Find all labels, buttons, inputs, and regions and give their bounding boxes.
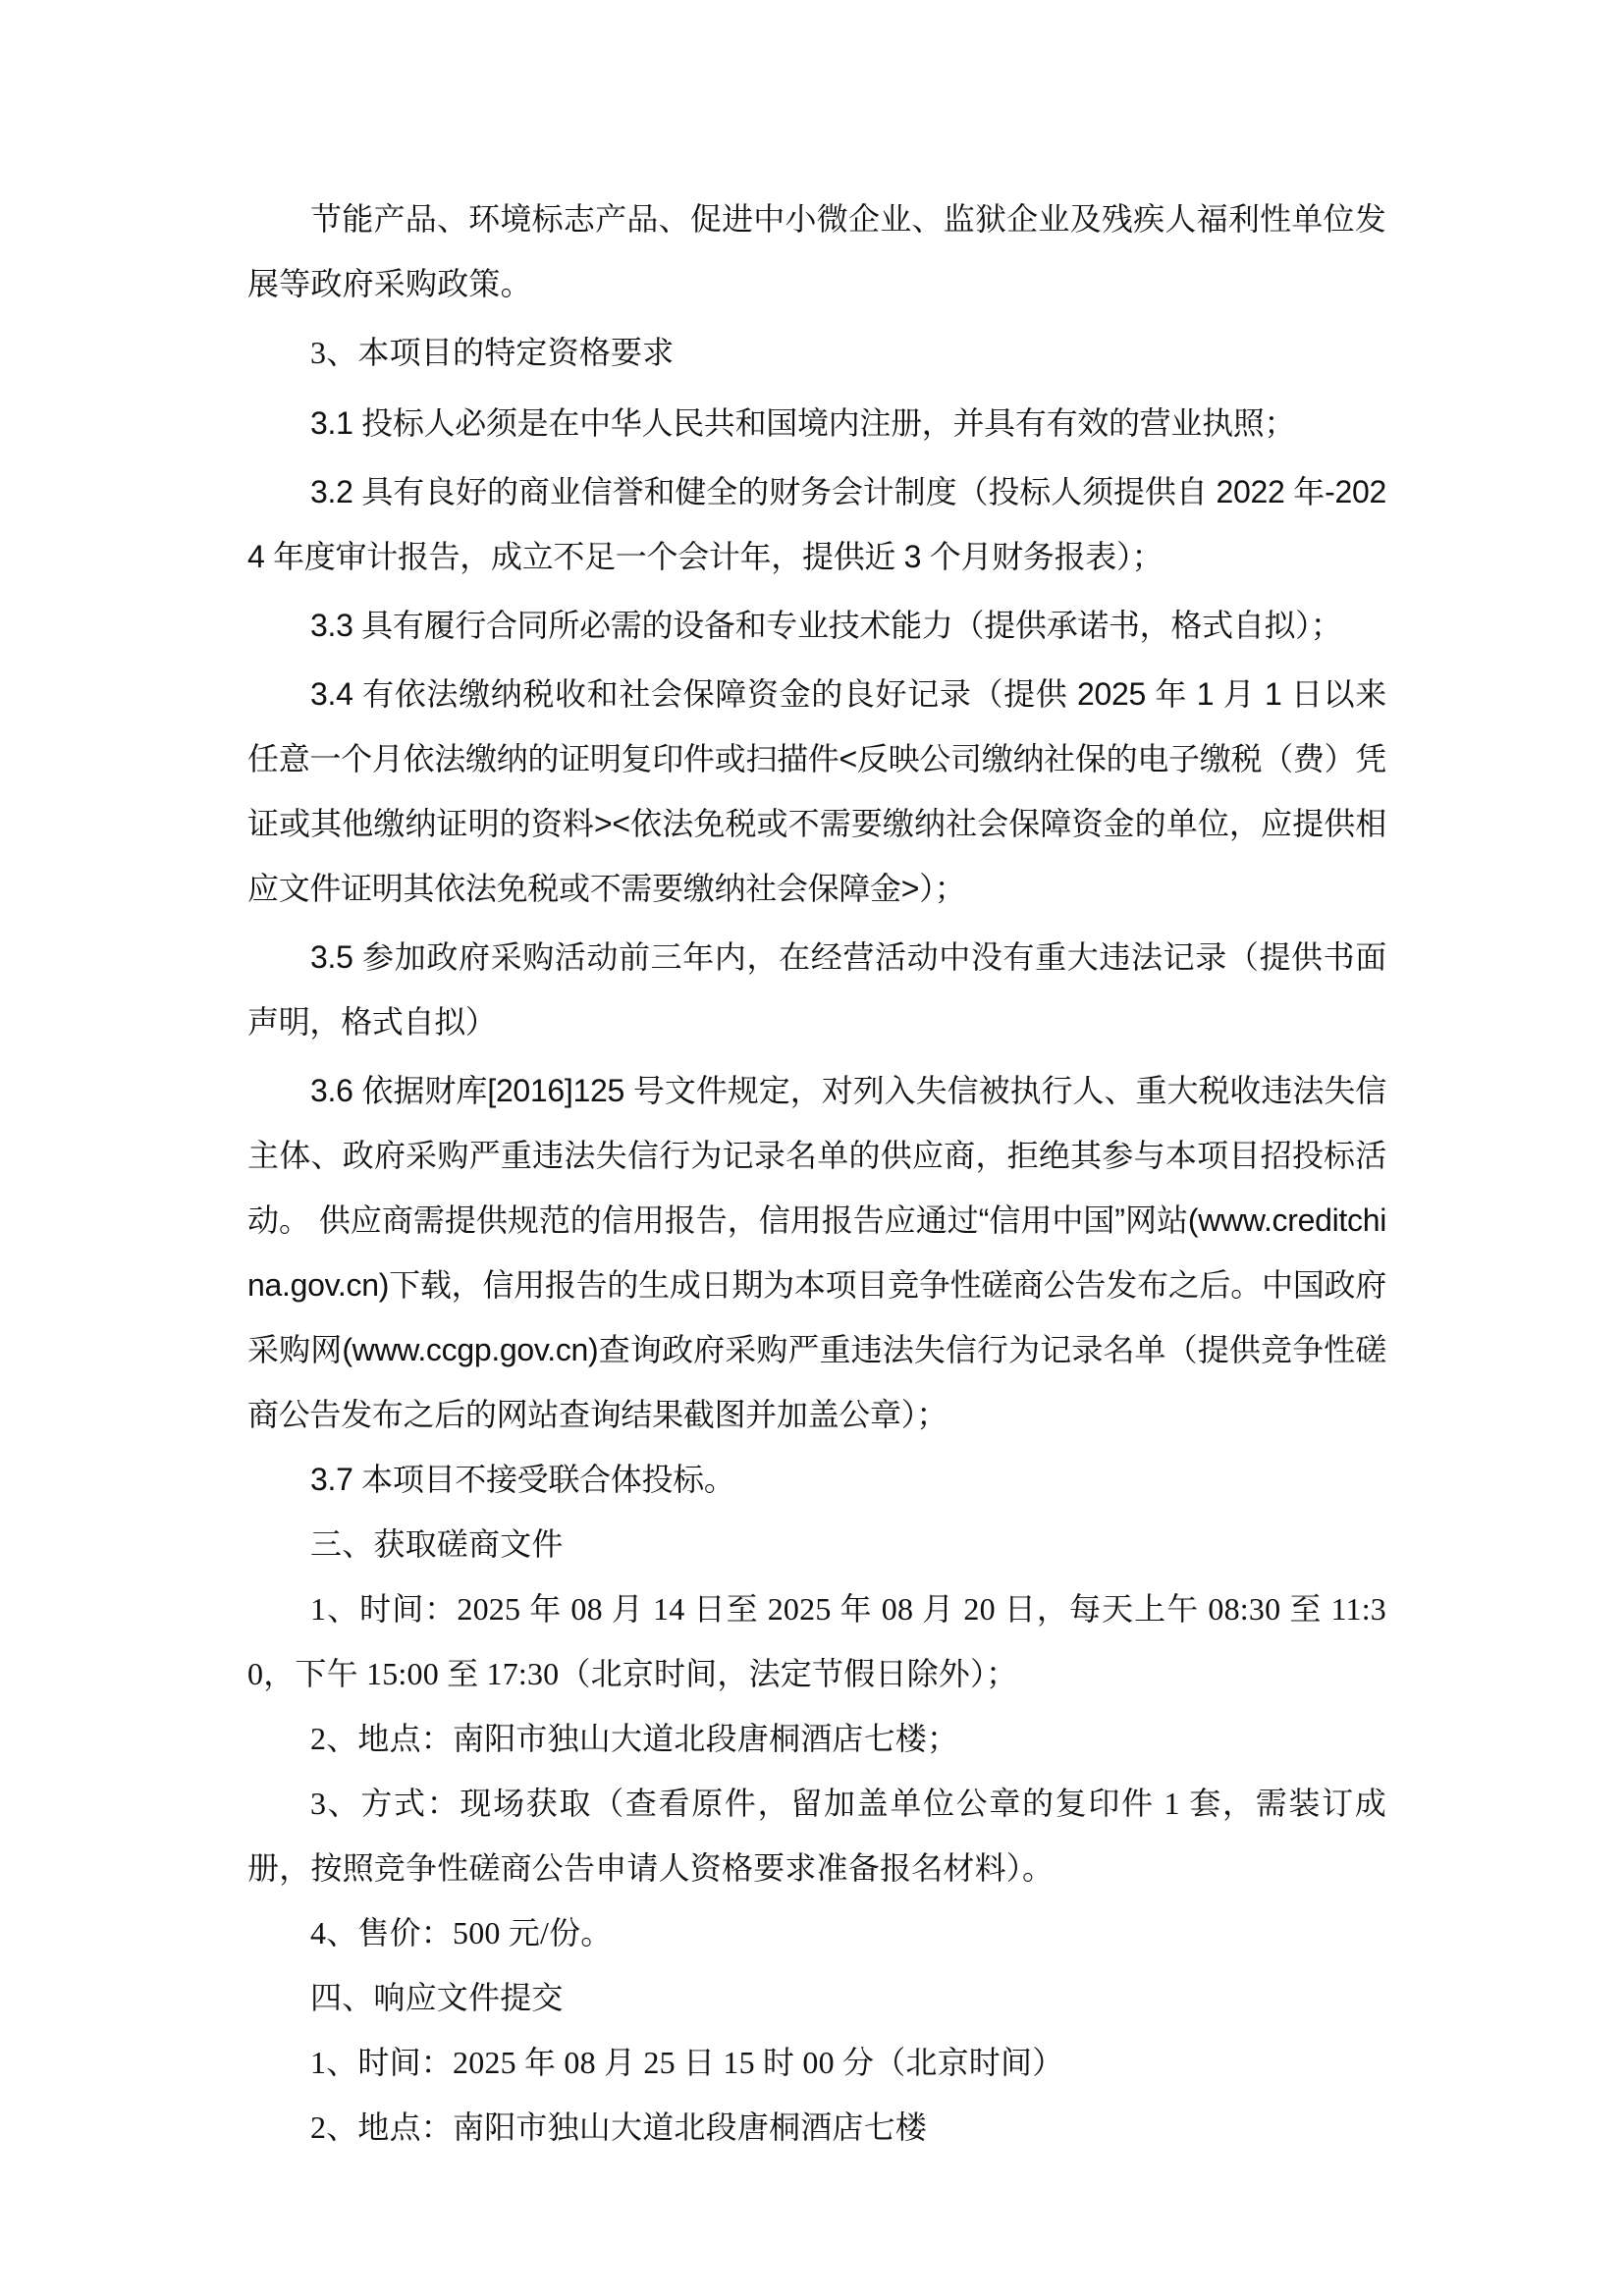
requirement-3-2: 3.2 具有良好的商业信誉和健全的财务会计制度（投标人须提供自 2022 年-2… bbox=[247, 459, 1386, 589]
submit-location-item: 2、地点：南阳市独山大道北段唐桐酒店七楼 bbox=[247, 2095, 1386, 2160]
obtain-time-item: 1、时间：2025 年 08 月 14 日至 2025 年 08 月 20 日，… bbox=[247, 1576, 1386, 1706]
requirement-3-6: 3.6 依据财库[2016]125 号文件规定，对列入失信被执行人、重大税收违法… bbox=[247, 1058, 1386, 1447]
intro-continuation-paragraph: 节能产品、环境标志产品、促进中小微企业、监狱企业及残疾人福利性单位发展等政府采购… bbox=[247, 187, 1386, 316]
obtain-location-item: 2、地点：南阳市独山大道北段唐桐酒店七楼； bbox=[247, 1706, 1386, 1771]
section-four-heading: 四、响应文件提交 bbox=[247, 1965, 1386, 2030]
requirement-3-1: 3.1 投标人必须是在中华人民共和国境内注册，并具有有效的营业执照； bbox=[247, 391, 1386, 455]
requirement-3-5: 3.5 参加政府采购活动前三年内，在经营活动中没有重大违法记录（提供书面声明，格… bbox=[247, 925, 1386, 1054]
submit-time-item: 1、时间：2025 年 08 月 25 日 15 时 00 分（北京时间） bbox=[247, 2030, 1386, 2095]
requirement-3-3: 3.3 具有履行合同所必需的设备和专业技术能力（提供承诺书，格式自拟）； bbox=[247, 593, 1386, 658]
section-3-heading: 3、本项目的特定资格要求 bbox=[247, 320, 1386, 385]
document-page: 节能产品、环境标志产品、促进中小微企业、监狱企业及残疾人福利性单位发展等政府采购… bbox=[247, 187, 1386, 2160]
section-three-heading: 三、获取磋商文件 bbox=[247, 1512, 1386, 1576]
obtain-method-item: 3、方式：现场获取（查看原件，留加盖单位公章的复印件 1 套，需装订成册，按照竞… bbox=[247, 1771, 1386, 1900]
requirement-3-7: 3.7 本项目不接受联合体投标。 bbox=[247, 1447, 1386, 1512]
requirement-3-4: 3.4 有依法缴纳税收和社会保障资金的良好记录（提供 2025 年 1 月 1 … bbox=[247, 662, 1386, 921]
obtain-price-item: 4、售价：500 元/份。 bbox=[247, 1900, 1386, 1965]
